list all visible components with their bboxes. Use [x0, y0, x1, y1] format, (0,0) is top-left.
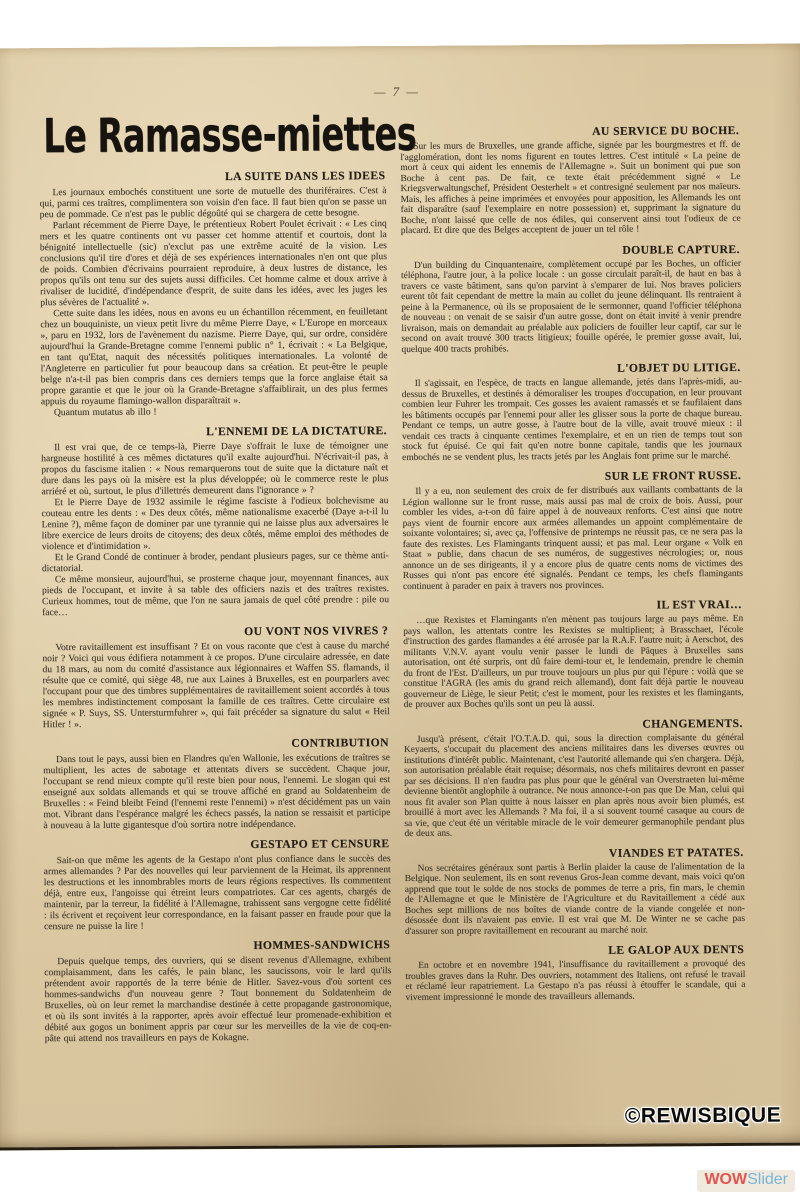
paragraph: Depuis quelque temps, des ouvriers, qui … [44, 954, 392, 1044]
paragraph: Et le Grand Condé de continuer à broder,… [42, 550, 389, 574]
section-heading: VIANDES ET PATATES. [405, 845, 744, 860]
section-heading: L'ENNEMI DE LA DICTATURE. [41, 424, 387, 439]
section-heading: CHANGEMENTS. [404, 716, 743, 731]
wowslider-watermark[interactable]: WOWSlider [697, 1170, 795, 1192]
paragraph: Quantum mutatus ab illo ! [41, 405, 388, 418]
section-heading: HOMMES-SANDWICHS [44, 938, 390, 953]
paragraph: D'un building du Cinquantenaire, complèt… [401, 258, 742, 355]
paragraph: Votre ravitaillement est insuffisant ? E… [42, 640, 390, 730]
section-heading: AU SERVICE DU BOCHE. [400, 124, 739, 139]
section-heading: GESTAPO ET CENSURE [43, 837, 389, 852]
column-left-sections: LA SUITE DANS LES IDEESLes journaux embo… [39, 169, 391, 1044]
paragraph: …que Rexistes et Flamingants n'en mènent… [403, 614, 744, 711]
paragraph: Et le Pierre Daye de 1932 assimile le ré… [41, 495, 388, 552]
section-heading: IL EST VRAI… [403, 598, 742, 613]
paragraph: Il y a eu, non seulement des croix de fe… [402, 485, 743, 592]
paragraph: Cette suite dans les idées, nous en avon… [40, 306, 388, 407]
paragraph: En octobre et en novembre 1941, l'insuff… [405, 959, 745, 1003]
section-heading: LA SUITE DANS LES IDEES [39, 169, 385, 184]
copyright-watermark: ©REWISBIQUE [625, 1104, 781, 1129]
column-right: AU SERVICE DU BOCHE.Sur les murs de Brux… [400, 124, 745, 1003]
section-heading: CONTRIBUTION [43, 736, 389, 751]
paragraph: Ce même monsieur, aujourd'hui, se proste… [42, 572, 389, 618]
paragraph: Jusqu'à présent, c'était l'O.T.A.D. qui,… [404, 732, 745, 839]
column-right-sections: AU SERVICE DU BOCHE.Sur les murs de Brux… [400, 124, 745, 1003]
paragraph: Il est vrai que, de ce temps-là, Pierre … [41, 440, 388, 497]
paragraph: Sait-on que même les agents de la Gestap… [44, 853, 391, 932]
page-title: Le Ramasse-miettes [43, 110, 416, 162]
section-heading: SUR LE FRONT RUSSE. [402, 469, 741, 484]
column-left: Le Ramasse-miettes LA SUITE DANS LES IDE… [39, 110, 392, 1044]
paragraph: Les journaux embochés constituent une so… [39, 185, 386, 220]
section-heading: OU VONT NOS VIVRES ? [42, 624, 388, 639]
section-heading: LE GALOP AUX DENTS [405, 943, 744, 958]
wowslider-wow-label: WOW [704, 1171, 747, 1188]
section-heading: DOUBLE CAPTURE. [401, 242, 740, 257]
page-number: — 7 — [0, 82, 800, 103]
paragraph: Nos secrétaires généraux sont partis à B… [405, 861, 745, 937]
paragraph: Parlant récemment de Pierre Daye, le pré… [40, 218, 388, 308]
wowslider-slider-label: Slider [747, 1171, 788, 1188]
section-heading: L'OBJET DU LITIGE. [402, 361, 741, 376]
paragraph: Dans tout le pays, aussi bien en Flandre… [43, 752, 390, 831]
paragraph: Il s'agissait, en l'espèce, de tracts en… [402, 377, 743, 463]
scanned-newspaper-page: — 7 — Le Ramasse-miettes LA SUITE DANS L… [0, 44, 800, 1151]
paragraph: Sur les murs de Bruxelles, une grande af… [400, 140, 741, 237]
